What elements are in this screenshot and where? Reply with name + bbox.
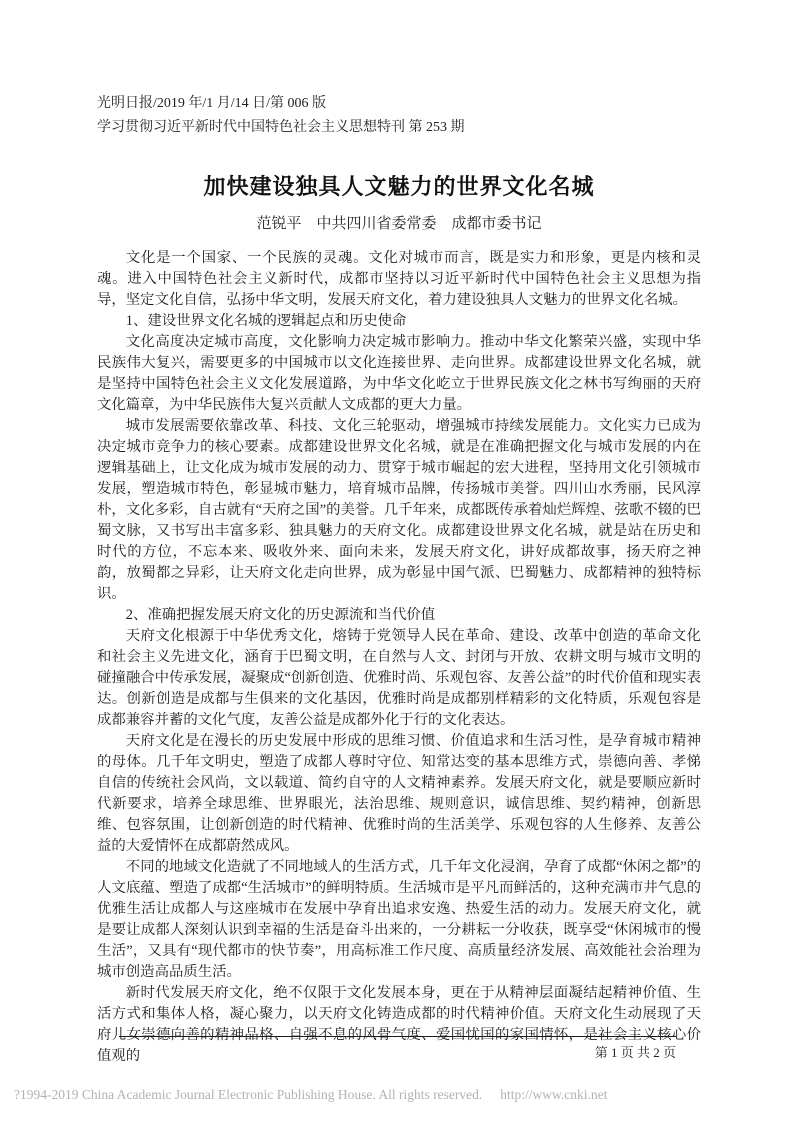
doc-header: 光明日报/2019 年/1 月/14 日/第 006 版 学习贯彻习近平新时代中… (97, 92, 701, 140)
body-paragraph: 天府文化是在漫长的历史发展中形成的思维习惯、价值追求和生活习性，是孕育城市精神的… (97, 731, 701, 857)
copyright-notice: ?1994-2019 China Academic Journal Electr… (14, 1087, 784, 1103)
article-body: 文化是一个国家、一个民族的灵魂。文化对城市而言，既是实力和形象，更是内核和灵魂。… (97, 248, 701, 1067)
page-indicator: 第 1 页 共 2 页 (119, 1042, 676, 1061)
copyright-text: ?1994-2019 China Academic Journal Electr… (14, 1087, 482, 1102)
source-line: 光明日报/2019 年/1 月/14 日/第 006 版 (97, 92, 701, 116)
body-paragraph: 不同的地域文化造就了不同地域人的生活方式，几千年文化浸润，孕育了成都“休闲之都”… (97, 857, 701, 983)
body-paragraph: 天府文化根源于中华优秀文化，熔铸于党领导人民在革命、建设、改革中创造的革命文化和… (97, 626, 701, 731)
article-byline: 范锐平 中共四川省委常委 成都市委书记 (97, 212, 701, 233)
body-paragraph: 文化是一个国家、一个民族的灵魂。文化对城市而言，既是实力和形象，更是内核和灵魂。… (97, 248, 701, 311)
special-issue-line: 学习贯彻习近平新时代中国特色社会主义思想特刊 第 253 期 (97, 116, 701, 140)
body-paragraph: 城市发展需要依靠改革、科技、文化三轮驱动，增强城市持续发展能力。文化实力已成为决… (97, 416, 701, 605)
document-page: 光明日报/2019 年/1 月/14 日/第 006 版 学习贯彻习近平新时代中… (0, 0, 793, 1122)
section-heading: 1、建设世界文化名城的逻辑起点和历史使命 (97, 311, 701, 332)
body-paragraph: 文化高度决定城市高度，文化影响力决定城市影响力。推动中华文化繁荣兴盛，实现中华民… (97, 332, 701, 416)
footer-rule (119, 1036, 676, 1037)
section-heading: 2、准确把握发展天府文化的历史源流和当代价值 (97, 605, 701, 626)
article-title: 加快建设独具人文魅力的世界文化名城 (97, 170, 701, 201)
cnki-url: http://www.cnki.net (500, 1087, 607, 1102)
